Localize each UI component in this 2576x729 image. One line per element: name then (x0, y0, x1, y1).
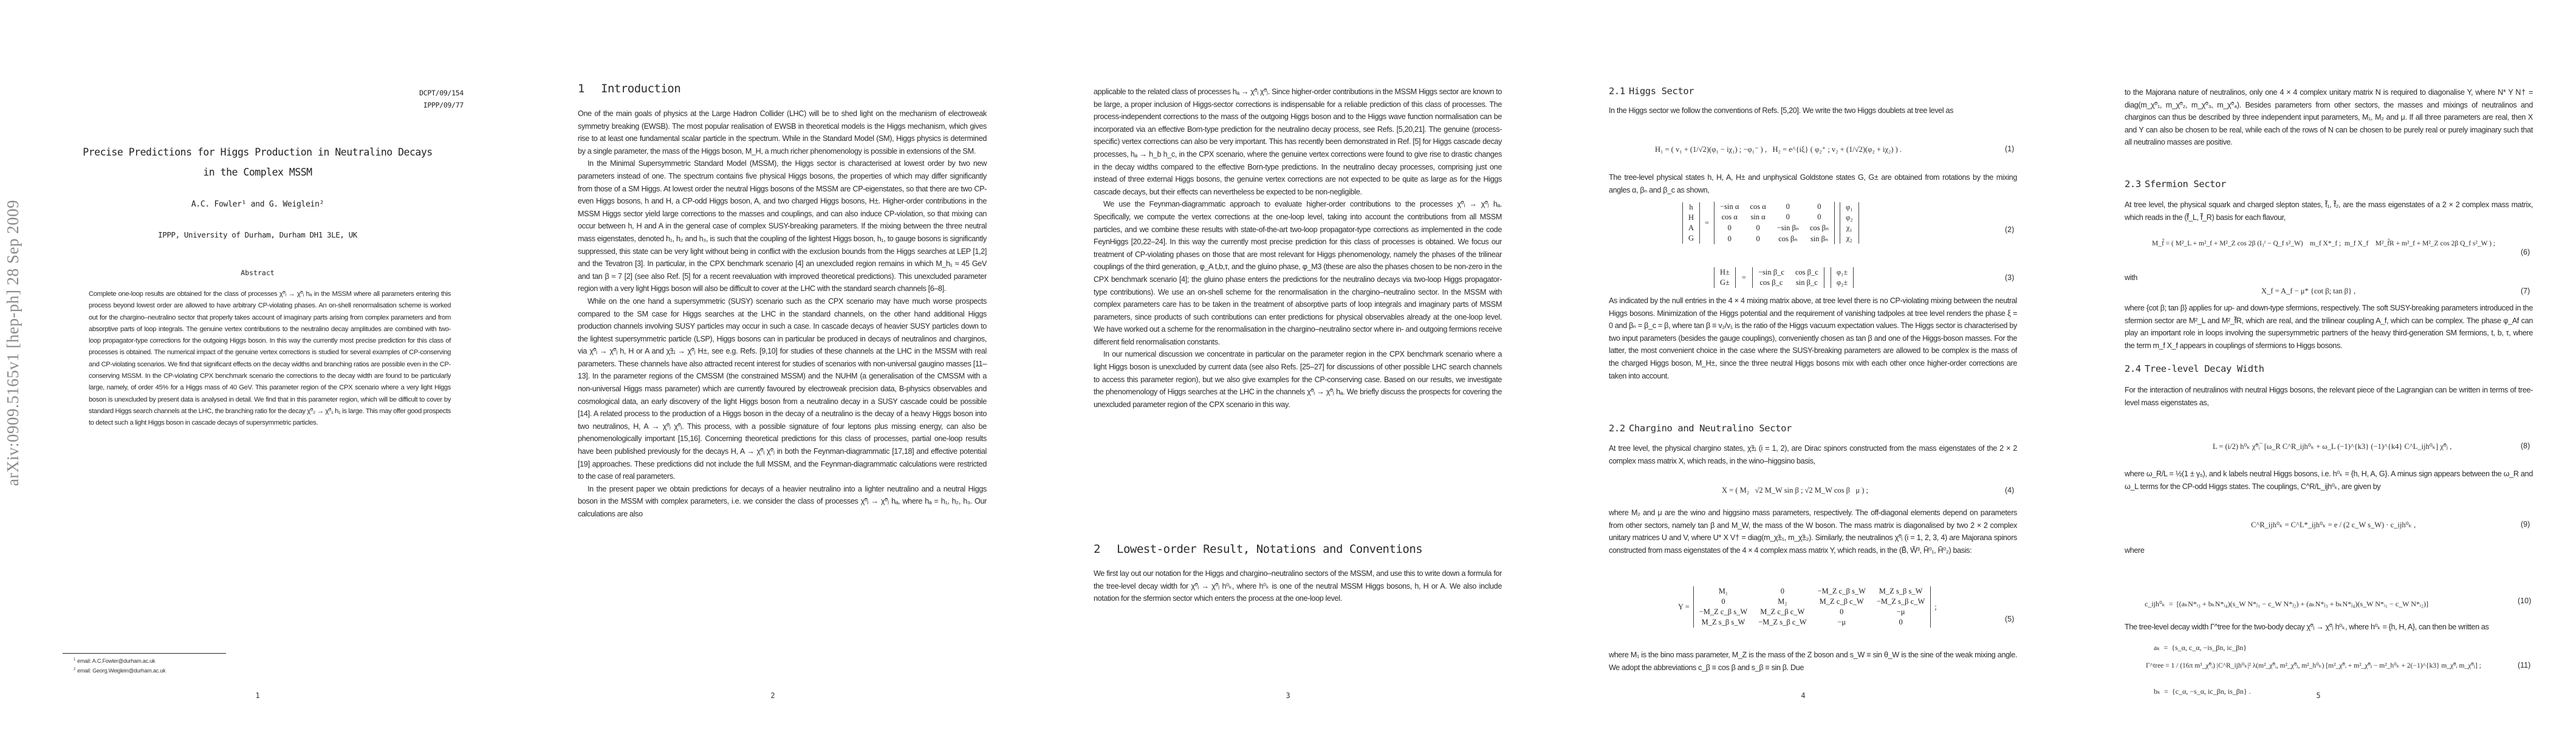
field-vector: φ₁ φ₂ χ₁ χ₂ (1840, 202, 1859, 244)
footnote-rule (63, 653, 226, 654)
title-line: in the Complex MSSM (0, 162, 515, 182)
equation-number: (11) (2518, 661, 2530, 669)
section-2-body: We first lay out our notation for the Hi… (1094, 567, 1502, 605)
paragraph: In the Minimal Supersymmetric Standard M… (578, 157, 987, 295)
equation-8: L = (i/2) h⁰ₖ χ̃⁰ᵢ‾ [ω_R C^R_ijh⁰ₖ + ω_L… (2213, 442, 2451, 451)
chargino-intro: At tree level, the physical chargino sta… (1609, 442, 2017, 467)
equation-number: (6) (2521, 248, 2530, 256)
report-number: DCPT/09/154 (419, 87, 464, 99)
equation-3: H± G± = −sin β_ccos β_c cos β_csin β_c φ… (1714, 267, 1854, 288)
sfermion-end: where {cot β; tan β} applies for up- and… (2125, 302, 2533, 352)
page-1: DCPT/09/154 IPPP/09/77 Precise Predictio… (0, 0, 515, 729)
sfermion-intro: At tree level, the physical squark and c… (2125, 199, 2533, 224)
equation-1: H₁ = ( v₁ + (1/√2)(φ₁ − iχ₁) ; −φ₁⁻ ) , … (1655, 145, 1902, 154)
equation-4: X = ( M₂ √2 M_W sin β ; √2 M_W cos β μ )… (1722, 486, 1868, 495)
paper-title: Precise Predictions for Higgs Production… (0, 142, 515, 182)
higgs-sector-end: As indicated by the null entries in the … (1609, 295, 2017, 382)
paragraph: In the present paper we obtain predictio… (578, 483, 987, 521)
equation-number: (5) (2005, 615, 2014, 623)
equation-11: Γ^tree = 1 / (16π m³_χ̃⁰ᵢ) |C^R_ijh⁰ₖ|² … (2146, 661, 2481, 669)
page-3: applicable to the related class of proce… (1030, 0, 1546, 729)
paragraph: where ω_R/L = ½(1 ± γ₅), and k labels ne… (2125, 468, 2533, 493)
paragraph: The tree-level decay width Γ^tree for th… (2125, 621, 2533, 634)
page-4: 2.1Higgs Sector In the Higgs sector we f… (1546, 0, 2061, 729)
paragraph: In the Higgs sector we follow the conven… (1609, 104, 2017, 117)
section-heading-lowest-order: 2Lowest-order Result, Notations and Conv… (1094, 542, 1422, 556)
where-label: where (2125, 544, 2533, 557)
equation-number: (4) (2005, 486, 2014, 495)
introduction-body: One of the main goals of physics at the … (578, 108, 987, 521)
tree-width-intro: For the interaction of neutralinos with … (2125, 384, 2533, 409)
paragraph: applicable to the related class of proce… (1094, 86, 1502, 198)
paragraph: We first lay out our notation for the Hi… (1094, 567, 1502, 605)
author-email[interactable]: email: Georg.Weiglein@durham.ac.uk (77, 668, 165, 674)
author-email[interactable]: email: A.C.Fowler@durham.ac.uk (77, 658, 155, 664)
report-numbers: DCPT/09/154 IPPP/09/77 (419, 87, 464, 111)
equation-number: (9) (2521, 520, 2530, 529)
report-number: IPPP/09/77 (419, 99, 464, 111)
page-5: to the Majorana nature of neutralinos, o… (2061, 0, 2576, 729)
abstract-heading: Abstract (0, 269, 515, 277)
equation-2: h H A G = −sin αcos α00 cos αsin α00 00−… (1682, 202, 1859, 244)
equation-number: (10) (2518, 597, 2531, 605)
page-number: 2 (515, 691, 1030, 700)
equation-5: Y = M₁0−M_Z c_β s_WM_Z s_β s_W 0M₂M_Z c_… (1678, 586, 1937, 628)
introduction-continued: applicable to the related class of proce… (1094, 86, 1502, 411)
abstract-text: Complete one-loop results are obtained f… (89, 289, 451, 430)
paragraph: In our numerical discussion we concentra… (1094, 348, 1502, 411)
charged-mixing-matrix: −sin β_ccos β_c cos β_csin β_c (1752, 267, 1824, 288)
paragraph: where M₂ and μ are the wino and higgsino… (1609, 507, 2017, 556)
page-number: 5 (2061, 691, 2576, 700)
paragraph: At tree level, the physical squark and c… (2125, 199, 2533, 224)
paragraph: While on the one hand a supersymmetric (… (578, 295, 987, 483)
tree-width-mid: where ω_R/L = ½(1 ± γ₅), and k labels ne… (2125, 468, 2533, 493)
footnote-2: 2email: Georg.Weiglein@durham.ac.uk (74, 668, 165, 674)
paragraph: At tree level, the physical chargino sta… (1609, 442, 2017, 467)
paragraph: The tree-level physical states h, H, A, … (1609, 171, 2017, 196)
chargino-end: where M₁ is the bino mass parameter, M_Z… (1609, 649, 2017, 674)
page-number: 3 (1030, 691, 1546, 700)
equation-9: C^R_ijh⁰ₖ = C^L*_ijh⁰ₖ = e / (2 c_W s_W)… (2251, 520, 2416, 530)
paragraph: We use the Feynman-diagrammatic approach… (1094, 198, 1502, 348)
authors: A.C. Fowler¹ and G. Weiglein² (0, 200, 515, 209)
equation-number: (7) (2521, 287, 2530, 295)
subsection-heading-chargino-neutralino: 2.2Chargino and Neutralino Sector (1609, 423, 1792, 434)
charged-field-vector: φ₁± φ₂± (1831, 267, 1854, 288)
equation-number: (1) (2005, 145, 2014, 153)
higgs-sector-mid: The tree-level physical states h, H, A, … (1609, 171, 2017, 196)
page-number: 1 (0, 691, 515, 700)
section-heading-introduction: 1Introduction (578, 82, 680, 95)
page-number: 4 (1546, 691, 2061, 700)
neutralino-continued: to the Majorana nature of neutralinos, o… (2125, 86, 2533, 149)
subsection-heading-tree-level-width: 2.4Tree-level Decay Width (2125, 363, 2264, 374)
higgs-sector-intro: In the Higgs sector we follow the conven… (1609, 104, 2017, 117)
equation-number: (8) (2521, 442, 2530, 450)
footnote-1: 1email: A.C.Fowler@durham.ac.uk (74, 658, 155, 664)
charged-states-vector: H± G± (1714, 267, 1736, 288)
with-label: with (2125, 272, 2533, 284)
paragraph: One of the main goals of physics at the … (578, 108, 987, 157)
equation-number: (3) (2005, 273, 2014, 282)
title-line: Precise Predictions for Higgs Production… (0, 142, 515, 162)
neutralino-mass-matrix: M₁0−M_Z c_β s_WM_Z s_β s_W 0M₂M_Z c_β c_… (1693, 586, 1931, 628)
page-2: 1Introduction One of the main goals of p… (515, 0, 1030, 729)
subsection-heading-sfermion: 2.3Sfermion Sector (2125, 179, 2226, 190)
subsection-heading-higgs-sector: 2.1Higgs Sector (1609, 86, 1694, 97)
equation-6: M_f̃ = ( M²_L + m²_f + M²_Z cos 2β (I₃ᶠ … (2152, 240, 2495, 247)
affiliation: IPPP, University of Durham, Durham DH1 3… (0, 230, 515, 239)
paragraph: As indicated by the null entries in the … (1609, 295, 2017, 382)
equation-10: c_ijh⁰ₖ = [(aₖN*ᵢ₃ + bₖN*ᵢ₄)(s_W N*ⱼ₁ − … (2145, 567, 2428, 728)
chargino-mid: where M₂ and μ are the wino and higgsino… (1609, 507, 2017, 556)
mixing-matrix-4x4: −sin αcos α00 cos αsin α00 00−sin βₙcos … (1714, 202, 1835, 244)
paragraph: where M₁ is the bino mass parameter, M_Z… (1609, 649, 2017, 674)
tree-width-end: The tree-level decay width Γ^tree for th… (2125, 621, 2533, 634)
equation-7: X_f = A_f − μ* {cot β; tan β} , (2261, 287, 2355, 296)
paragraph: For the interaction of neutralinos with … (2125, 384, 2533, 409)
paragraph: to the Majorana nature of neutralinos, o… (2125, 86, 2533, 149)
higgs-states-vector: h H A G (1682, 202, 1700, 244)
abstract-body: Complete one-loop results are obtained f… (89, 289, 451, 430)
paragraph: where {cot β; tan β} applies for up- and… (2125, 302, 2533, 352)
equation-number: (2) (2005, 225, 2014, 234)
